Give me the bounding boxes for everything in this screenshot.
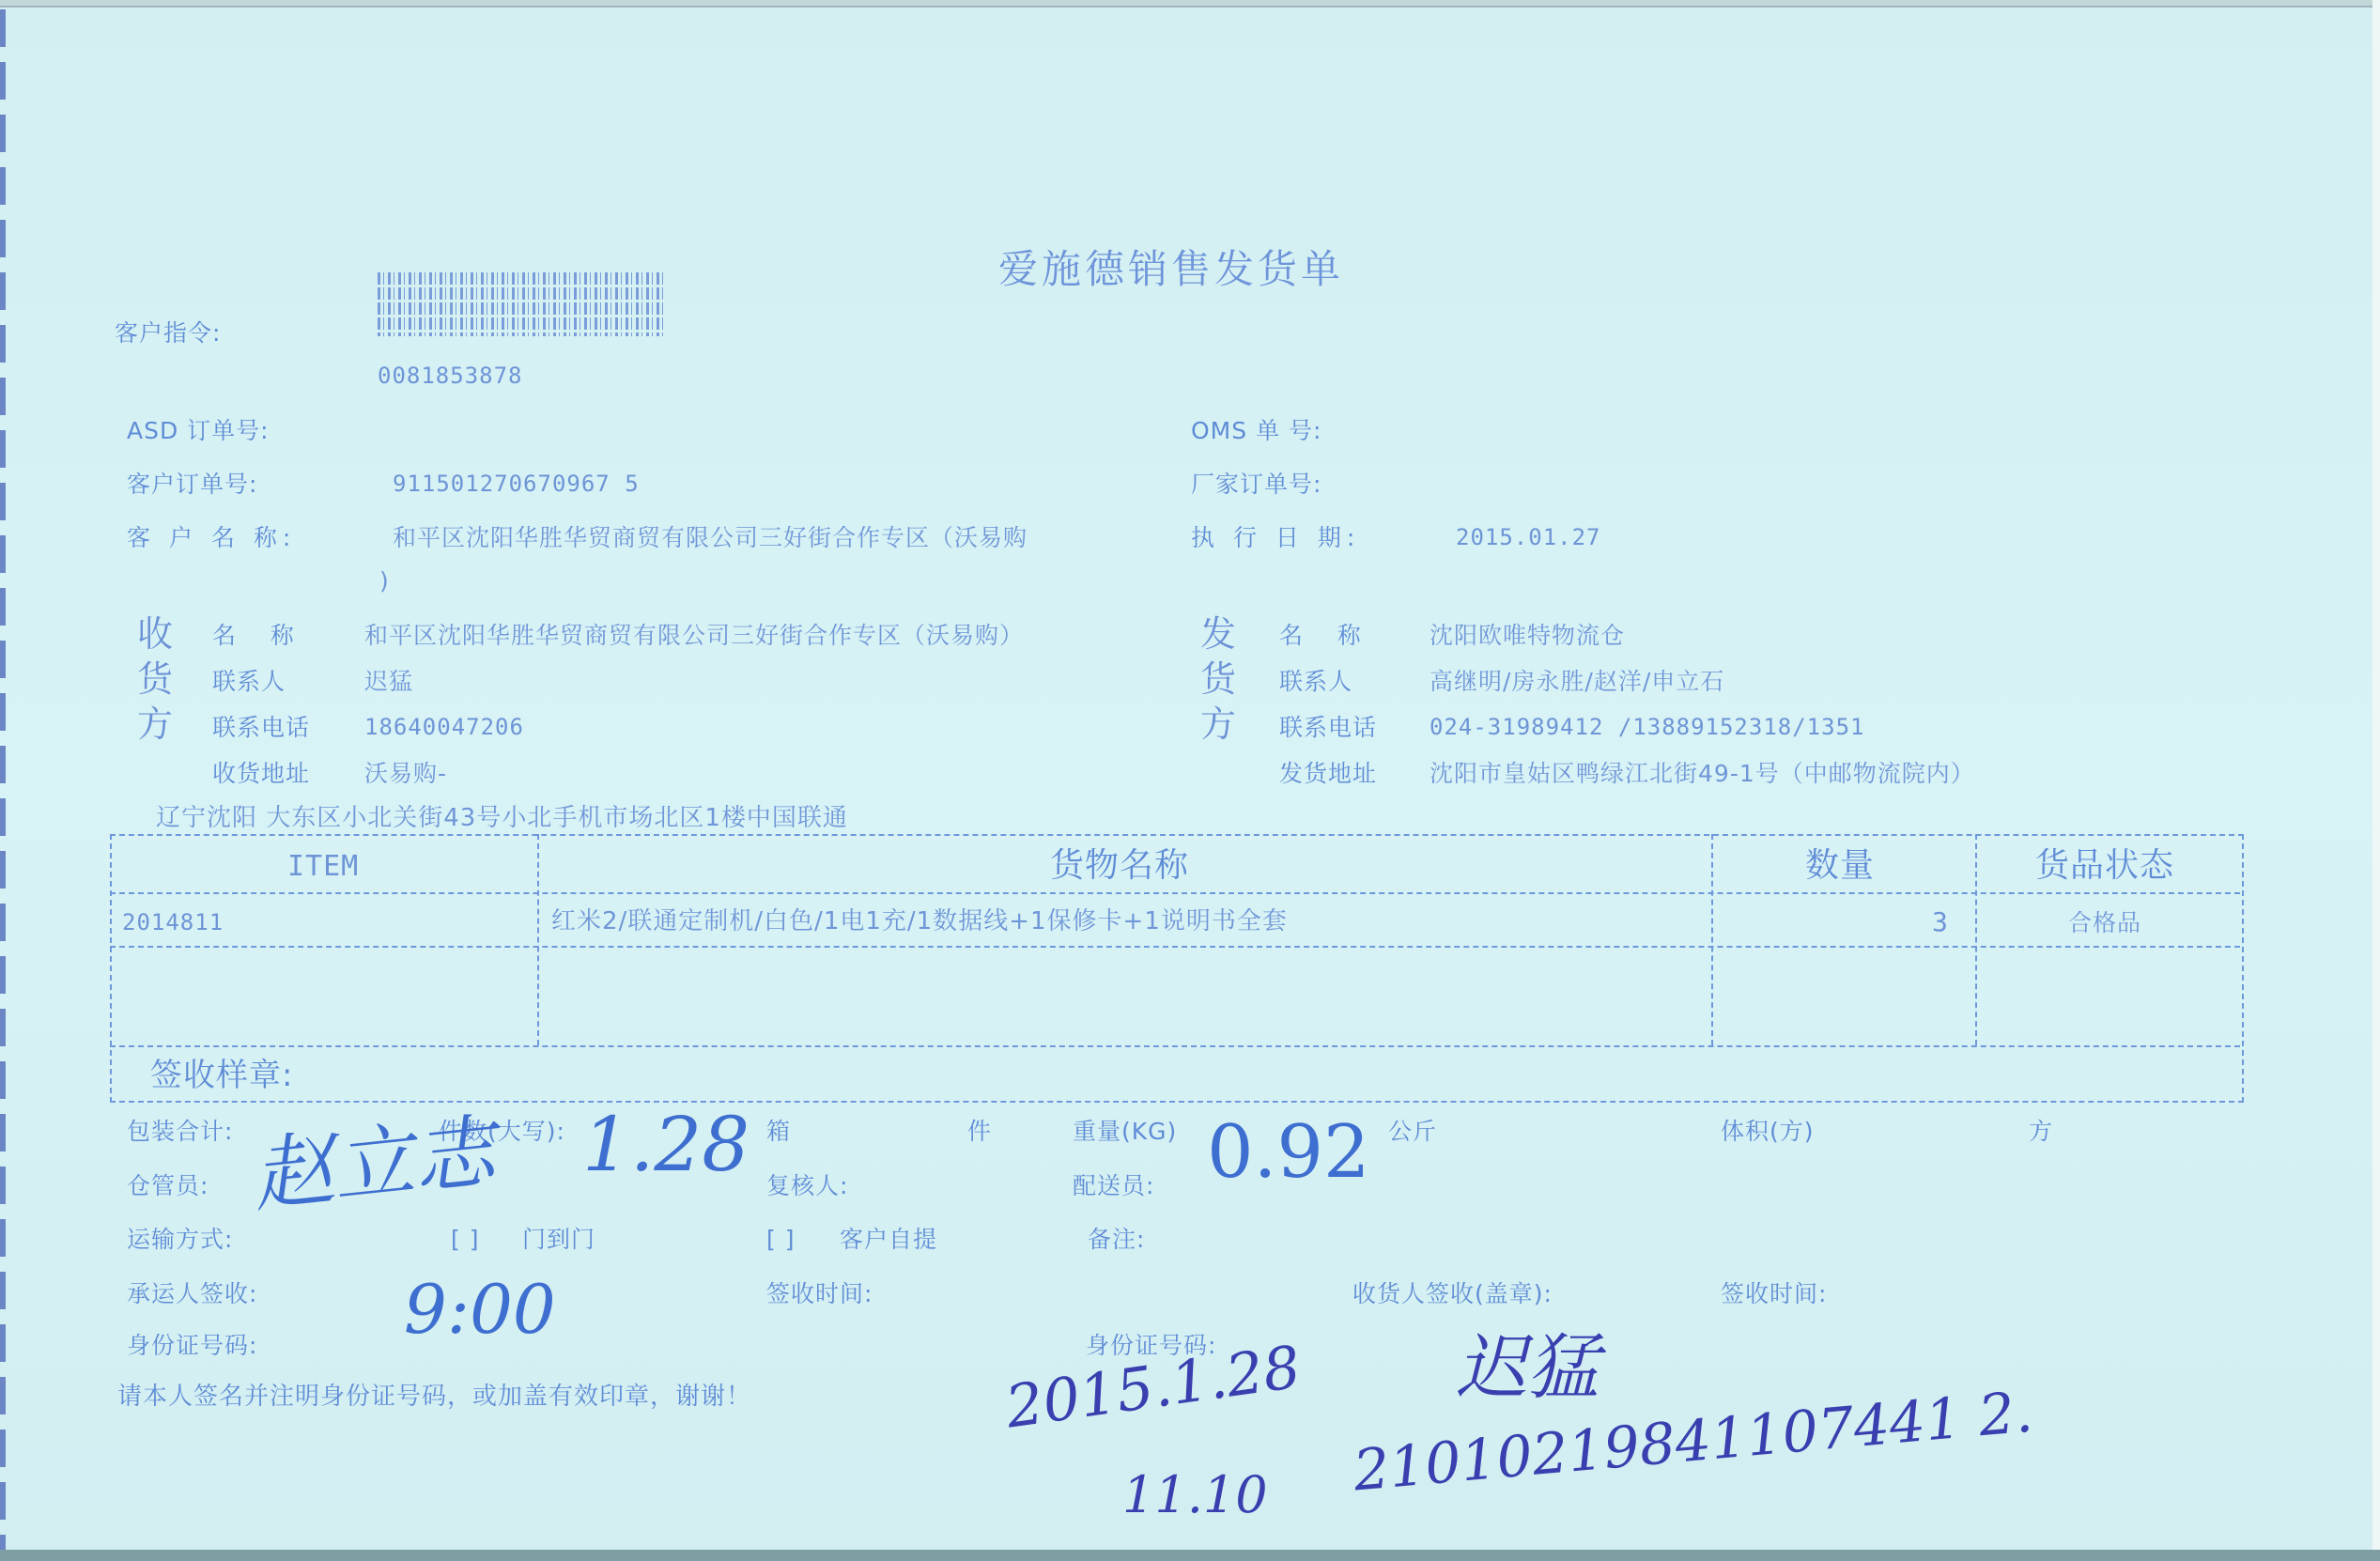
consignee-sign-label: 收货人签收(盖章): bbox=[1352, 1282, 1553, 1306]
remarks-label: 备注: bbox=[1088, 1228, 1145, 1251]
paper-top-edge bbox=[0, 0, 2380, 8]
shipping-form-paper: 爱施德销售发货单 客户指令: 0081853878 ASD 订单号: OMS 单… bbox=[0, 0, 2380, 1561]
receiver-side-char-2: 货 bbox=[137, 661, 174, 697]
receiver-name-value: 和平区沈阳华胜华贸商贸有限公司三好街合作专区（沃易购） bbox=[364, 624, 1024, 647]
handwritten-weight: 0.92 bbox=[1207, 1110, 1370, 1195]
weight-label: 重量(KG) bbox=[1073, 1120, 1177, 1143]
customer-order-value: 911501270670967 5 bbox=[393, 472, 640, 495]
receiver-side-char-3: 方 bbox=[137, 706, 174, 742]
sender-phone-value: 024-31989412 /13889152318/1351 bbox=[1430, 716, 1864, 738]
oms-order-label: OMS 单 号: bbox=[1191, 419, 1321, 442]
table-header-quantity: 数量 bbox=[1805, 849, 1875, 883]
carrier-sign-label: 承运人签收: bbox=[127, 1282, 257, 1306]
table-col-divider-2 bbox=[1711, 834, 1713, 1045]
signing-notice: 请本人签名并注明身份证号码，或加盖有效印章，谢谢！ bbox=[117, 1384, 751, 1409]
sender-side-char-2: 货 bbox=[1200, 661, 1237, 697]
sender-contact-label: 联系人 bbox=[1279, 670, 1352, 693]
sender-phone-label: 联系电话 bbox=[1279, 716, 1377, 739]
weight-unit: 公斤 bbox=[1388, 1120, 1437, 1143]
table-header-divider bbox=[110, 892, 2240, 894]
volume-unit: 方 bbox=[2029, 1120, 2053, 1143]
row-quantity: 3 bbox=[1932, 909, 1949, 935]
receiver-address-value: 沃易购- bbox=[364, 762, 447, 785]
sender-contact-value: 高继明/房永胜/赵洋/申立石 bbox=[1430, 670, 1724, 693]
receiver-name-label: 名 称 bbox=[212, 624, 295, 647]
table-sign-divider bbox=[110, 1045, 2240, 1047]
delivery-person-label: 配送员: bbox=[1073, 1174, 1154, 1198]
paper-right-edge bbox=[2372, 0, 2380, 1561]
table-header-item: ITEM bbox=[287, 853, 359, 881]
sender-name-value: 沈阳欧唯特物流仓 bbox=[1430, 624, 1625, 647]
customer-name-continuation: ) bbox=[379, 569, 390, 593]
handwritten-sign-time: 11.10 bbox=[1122, 1465, 1268, 1524]
table-col-divider-1 bbox=[537, 834, 539, 1045]
customer-instruction-label: 客户指令: bbox=[115, 321, 221, 345]
exec-date-label: 执 行 日 期: bbox=[1191, 526, 1360, 549]
sender-name-label: 名 称 bbox=[1279, 624, 1362, 647]
customer-order-label: 客户订单号: bbox=[127, 472, 257, 496]
handwritten-package-total: 赵立志 bbox=[246, 1087, 500, 1228]
exec-date-value: 2015.01.27 bbox=[1456, 526, 1601, 549]
document-title: 爱施德销售发货单 bbox=[998, 250, 1344, 289]
package-total-label: 包装合计: bbox=[127, 1120, 233, 1143]
left-perforation bbox=[0, 9, 6, 1550]
receiver-contact-label: 联系人 bbox=[212, 670, 286, 693]
barcode-number: 0081853878 bbox=[378, 364, 523, 387]
table-header-status: 货品状态 bbox=[2035, 849, 2174, 883]
self-pickup-checkbox[interactable]: [ ] bbox=[766, 1228, 795, 1251]
barcode-image bbox=[378, 272, 664, 336]
sign-time-label: 签收时间: bbox=[766, 1282, 873, 1306]
table-col-divider-3 bbox=[1975, 834, 1977, 1045]
reviewer-label: 复核人: bbox=[766, 1174, 848, 1198]
receiver-phone-value: 18640047206 bbox=[364, 716, 524, 738]
handwritten-carrier-sign: 9:00 bbox=[404, 1270, 556, 1349]
factory-order-label: 厂家订单号: bbox=[1191, 472, 1321, 496]
sign-stamp-label: 签收样章: bbox=[150, 1059, 293, 1091]
sender-address-value: 沈阳市皇姑区鸭绿江北街49-1号（中邮物流院内） bbox=[1430, 762, 1975, 785]
consignee-sign-time-label: 签收时间: bbox=[1721, 1282, 1827, 1306]
box-label: 箱 bbox=[766, 1120, 791, 1143]
piece-label: 件 bbox=[967, 1120, 992, 1143]
handwritten-consignee-signature: 迟猛 bbox=[1456, 1310, 1599, 1413]
receiver-address-line2: 辽宁沈阳 大东区小北关街43号小北手机市场北区1楼中国联通 bbox=[156, 806, 848, 830]
paper-bottom-edge bbox=[0, 1550, 2380, 1561]
door-to-door-checkbox[interactable]: [ ] bbox=[451, 1228, 479, 1251]
volume-label: 体积(方) bbox=[1721, 1120, 1815, 1143]
row-status: 合格品 bbox=[2068, 911, 2141, 935]
table-header-goods-name: 货物名称 bbox=[1050, 849, 1189, 883]
row-item-code: 2014811 bbox=[122, 911, 224, 934]
sender-side-char-3: 方 bbox=[1200, 706, 1237, 742]
sender-side-char-1: 发 bbox=[1200, 616, 1237, 652]
receiver-contact-value: 迟猛 bbox=[364, 670, 413, 693]
door-to-door-label: 门到门 bbox=[522, 1228, 595, 1251]
receiver-side-char-1: 收 bbox=[137, 616, 174, 652]
asd-order-label: ASD 订单号: bbox=[127, 419, 270, 442]
row-goods-name: 红米2/联通定制机/白色/1电1充/1数据线+1保修卡+1说明书全套 bbox=[551, 909, 1288, 934]
warehouse-keeper-label: 仓管员: bbox=[127, 1174, 209, 1198]
customer-name-value: 和平区沈阳华胜华贸商贸有限公司三好街合作专区（沃易购 bbox=[393, 526, 1028, 549]
receiver-address-label: 收货地址 bbox=[212, 762, 310, 785]
transport-label: 运输方式: bbox=[127, 1228, 233, 1251]
customer-name-label: 客 户 名 称: bbox=[127, 526, 296, 549]
handwritten-pieces-date: 1.28 bbox=[582, 1101, 750, 1188]
self-pickup-label: 客户自提 bbox=[840, 1228, 937, 1251]
receiver-phone-label: 联系电话 bbox=[212, 716, 310, 739]
table-row-divider bbox=[110, 946, 2240, 948]
sender-address-label: 发货地址 bbox=[1279, 762, 1377, 785]
id-number-label: 身份证号码: bbox=[127, 1334, 257, 1357]
handwritten-consignee-id: 21010219841107441 2. bbox=[1351, 1380, 2035, 1505]
